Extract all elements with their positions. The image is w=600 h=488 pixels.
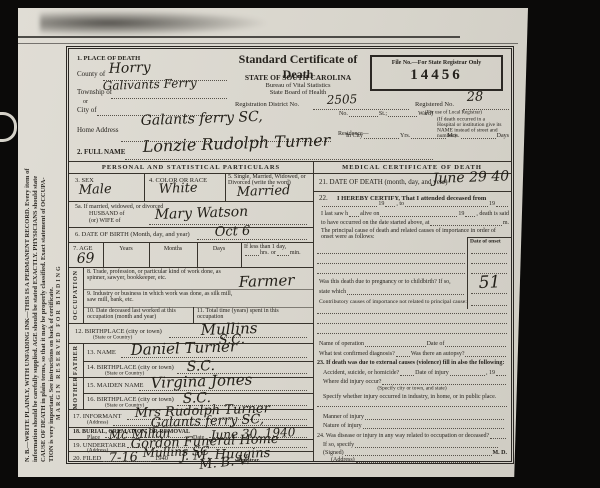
dob-value: Oct 6 [214, 224, 250, 240]
township-value: Galivants Ferry [103, 76, 197, 93]
rule [317, 406, 507, 407]
father-name-value: Daniel Turner [130, 337, 237, 359]
date-of-death-value: June 29 40 [432, 168, 509, 187]
street-ward-line: No. St.; Ward) [339, 111, 433, 117]
rule [317, 263, 465, 264]
rule [313, 191, 511, 192]
rule [83, 343, 84, 409]
occurred-text: to have occurred on the date started abo… [321, 220, 429, 226]
test-label: What test confirmed diagnosis? [319, 351, 395, 357]
manner-line: Manner of injury [323, 414, 505, 420]
rule [83, 267, 84, 323]
occupation-vertical-label: OCCUPATION [69, 267, 83, 323]
occupation-industry-label: 9. Industry or business in which work wa… [87, 292, 237, 304]
q24-line: 24. Was disease or injury in any way rel… [317, 433, 507, 439]
md-label: M. D. [493, 450, 508, 456]
state-which-line: state which [319, 289, 465, 295]
last-saw-text: I last saw h [321, 211, 348, 217]
printed-19: 19 [378, 201, 384, 207]
operation-date-label: Date of [427, 341, 445, 347]
scan-edge-line [18, 36, 460, 38]
rule [317, 253, 465, 254]
death-said-text: , death is said [476, 211, 509, 217]
rule [225, 173, 226, 201]
filed-year: 1940 [155, 455, 168, 462]
date-of-death-label: 21. DATE OF DEATH (month, day, and year) [319, 179, 448, 187]
spouse-value: Mary Watson [154, 204, 248, 223]
city-label: City of [77, 107, 97, 115]
home-address-value: Galants ferry SC, [140, 109, 263, 129]
operation-line: Name of operation Date of [319, 341, 507, 347]
informant-address-label: (Address) [87, 420, 108, 426]
rule [317, 313, 507, 314]
age-months-label: Months [149, 246, 197, 252]
rule [241, 242, 242, 267]
printed-19: , 19 [486, 370, 495, 376]
scanned-death-certificate: N. B.—WRITE PLAINLY, WITH UNFADING INK—T… [0, 0, 600, 488]
diagnosis-line: What test confirmed diagnosis? Was there… [319, 351, 507, 357]
operation-label: Name of operation [319, 341, 364, 347]
specify-city-note: (Specify city or town, and state) [349, 386, 475, 392]
occurred-line: to have occurred on the date started abo… [321, 220, 509, 226]
nature-line: Nature of injury [323, 423, 505, 429]
registered-no-value: 28 [466, 89, 483, 105]
father-birthplace-sub-label: (State or Country) [105, 371, 144, 377]
if-so-label: If so, specify [323, 442, 354, 448]
address-label: (Address) [331, 457, 355, 463]
rule [193, 307, 194, 323]
injury-date-label: Date of injury [415, 370, 449, 376]
local-registrar-note: (For use of Local Registrar) [425, 110, 482, 115]
age-value: 69 [76, 250, 94, 267]
mother-name-label: 15. MAIDEN NAME [87, 382, 144, 389]
margin-line: TION is very important. See instructions… [48, 50, 56, 462]
alive-on-text: alive on [360, 211, 379, 217]
where-injury-line: Where did injury occur? [323, 379, 507, 385]
rule [471, 305, 507, 306]
accident-line: Accident, suicide, or homicide? Date of … [323, 370, 507, 376]
age-hrs-label: hrs. [260, 250, 269, 256]
rule [471, 293, 507, 294]
rule [197, 239, 307, 240]
where-injury-label: Where did injury occur? [323, 379, 381, 385]
county-value: Horry [108, 60, 150, 77]
signed-label: (Signed) [323, 450, 344, 456]
meridiem-label: m. [503, 220, 509, 226]
father-vertical-label: FATHER [69, 343, 83, 377]
rule [69, 227, 313, 228]
age-or-label: or [271, 250, 276, 256]
nature-label: Nature of injury [323, 423, 362, 429]
county-label: County of [77, 71, 105, 79]
rule [317, 333, 507, 334]
manner-label: Manner of injury [323, 414, 364, 420]
filed-date-value: 7-16 [108, 450, 138, 466]
rule [313, 109, 409, 110]
pregnancy-question: Was this death due to pregnancy or to ch… [319, 279, 469, 285]
contributory-label: Contributory causes of importance not re… [319, 299, 467, 305]
sex-value: Male [78, 182, 111, 198]
filed-label: 20. FILED [73, 455, 101, 462]
age-days-label: Days [197, 246, 241, 252]
to-label: , to [396, 201, 404, 207]
spouse-label-1: 5a. If married, widowed, or divorced [75, 204, 163, 210]
registration-district-value: 2505 [327, 92, 358, 107]
signed-line: (Signed) M. D. [323, 450, 507, 456]
autopsy-label: Was there an autopsy? [411, 351, 465, 357]
spouse-label-2: HUSBAND of [89, 211, 125, 217]
state-line: STATE OF SOUTH CAROLINA [227, 73, 369, 82]
undertaker-address-label: (Address) [87, 448, 108, 454]
rule [111, 98, 227, 99]
occupation-value: Farmer [238, 271, 294, 291]
rule [69, 323, 313, 324]
margin-line: CAUSE OF DEATH in plain terms, so that i… [40, 50, 48, 462]
scan-edge-line [18, 43, 518, 44]
margin-line: N. B.—WRITE PLAINLY, WITH UNFADING INK—T… [24, 50, 32, 462]
yrs-label: Yrs. [400, 133, 410, 139]
rule [317, 273, 465, 274]
state-which-label: state which [319, 289, 346, 295]
rule [69, 161, 511, 162]
onset-value: 51 [478, 272, 500, 293]
registered-no-label: Registered No. [415, 101, 454, 108]
age-min-label: min. [290, 250, 301, 256]
age-years-label: Years [103, 246, 149, 252]
personal-section-header: PERSONAL AND STATISTICAL PARTICULARS [69, 164, 313, 171]
scan-smudge [40, 10, 270, 36]
full-name-label: 2. FULL NAME [77, 149, 125, 157]
days-label: Days [497, 133, 509, 139]
bureau-line: Bureau of Vital Statistics [227, 82, 369, 89]
mother-birthplace-label: 16. BIRTHPLACE (city or town) [87, 396, 174, 403]
marital-value: Married [236, 183, 290, 200]
margin-binding-note: MARGIN RESERVED FOR BINDING [56, 88, 62, 420]
full-name-value: Lonzie Rudolph Turner [142, 130, 330, 156]
rule [317, 323, 507, 324]
age-less-line: hrs. or min. [244, 250, 308, 256]
occupation-lastworked-label: 10. Date deceased last worked at this oc… [87, 309, 189, 321]
date-of-onset-label: Date of onset [470, 239, 501, 245]
rule [471, 253, 507, 254]
certificate-form: 1. PLACE OF DEATH County of Horry Townsh… [66, 46, 514, 464]
mother-name-value: Virgina Jones [150, 370, 252, 392]
father-name-label: 13. NAME [87, 349, 116, 356]
ward-label: Ward) [418, 111, 433, 117]
home-address-label: Home Address [77, 127, 118, 135]
residence-line: In City Yrs. Mos. Days [346, 133, 509, 139]
margin-line: information should be carefully supplied… [32, 50, 40, 462]
or-label: or [83, 99, 88, 105]
rule [69, 267, 313, 268]
race-value: White [158, 181, 197, 197]
occupation-trade-label: 8. Trade, profession, or particular kind… [87, 270, 237, 282]
printed-19: 19 [458, 211, 464, 217]
birthplace-label: 12. BIRTHPLACE (city or town) [75, 328, 162, 335]
last-saw-line: I last saw h alive on 19 , death is said [321, 211, 509, 217]
no-label: No. [339, 111, 348, 117]
mos-label: Mos. [447, 133, 459, 139]
margin-instructions: N. B.—WRITE PLAINLY, WITH UNFADING INK—T… [24, 50, 56, 462]
in-city-label: In City [346, 133, 363, 139]
file-number-box: File No.—For State Registrar Only 14456 [370, 55, 503, 91]
registration-district-label: Registration District No. [235, 101, 299, 108]
informant-label: 17. INFORMANT [73, 413, 121, 420]
spouse-label-3: (or) WIFE of [89, 218, 121, 224]
accident-label: Accident, suicide, or homicide? [323, 370, 399, 376]
rule [471, 263, 507, 264]
if-so-line: If so, specify [323, 442, 499, 448]
printed-19: 19 [489, 201, 495, 207]
external-causes-label: 23. If death was due to external causes … [317, 360, 504, 366]
burial-place-label: Place [87, 435, 100, 441]
rule [125, 159, 433, 160]
rule [69, 242, 313, 243]
binder-hole [0, 112, 17, 142]
rule [144, 173, 145, 201]
file-number-label: File No.—For State Registrar Only [372, 60, 501, 66]
st-label: St.; [379, 111, 387, 117]
specify-place-note: Specify whether injury occurred in indus… [323, 394, 496, 400]
father-birthplace-label: 14. BIRTHPLACE (city or town) [87, 364, 174, 371]
dob-label: 6. DATE OF BIRTH (Month, day, and year) [75, 231, 190, 238]
file-number-value: 14456 [372, 67, 501, 84]
rule [69, 201, 313, 202]
q24-label: 24. Was disease or injury in any way rel… [317, 433, 489, 439]
mother-vertical-label: MOTHER [69, 377, 83, 409]
address-line: (Address) [331, 457, 481, 463]
rule [313, 161, 314, 461]
attended-dates-line: 19 , to 19 [321, 201, 509, 207]
birthplace-sub-label: (State or Country) [93, 335, 132, 341]
